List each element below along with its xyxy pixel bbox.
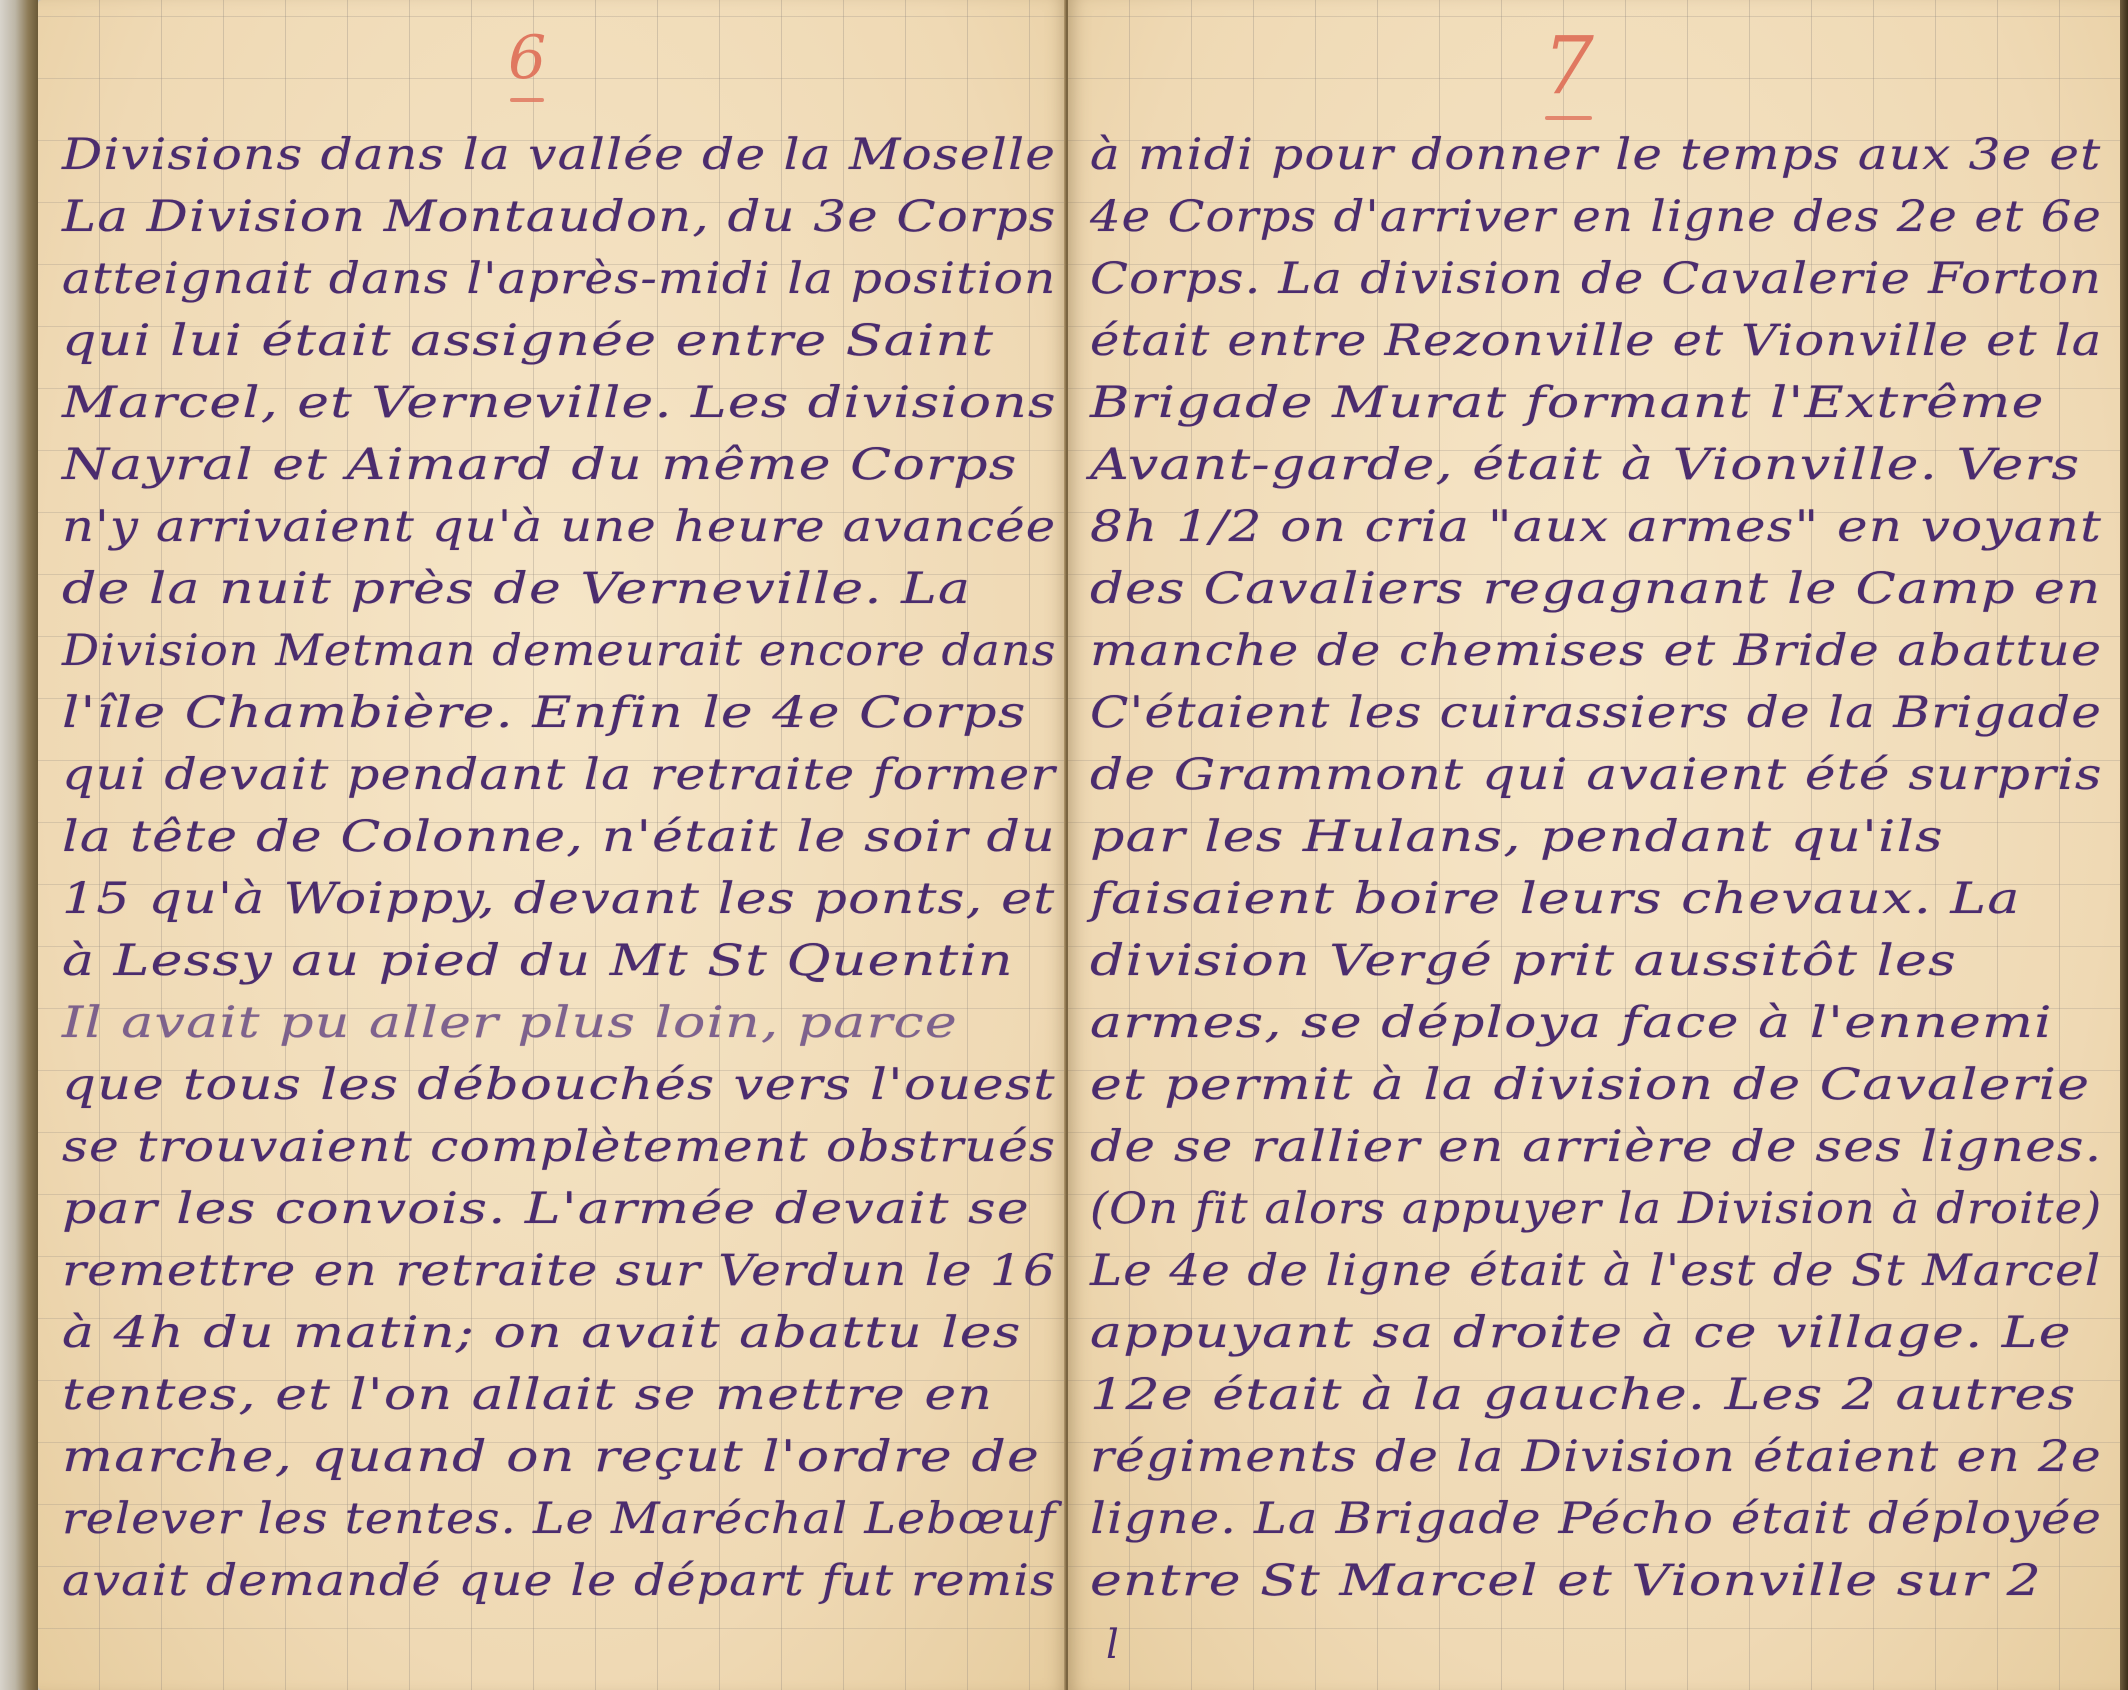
text-line: La Division Montaudon, du 3e Corps	[38, 184, 1062, 246]
text-line: se trouvaient complètement obstrués	[38, 1114, 1062, 1176]
text-line: et permit à la division de Cavalerie	[1068, 1052, 2110, 1114]
text-line: à Lessy au pied du Mt St Quentin	[38, 928, 1062, 990]
text-line: Division Metman demeurait encore dans	[38, 618, 1062, 680]
page-number-right: 7	[1543, 26, 1594, 106]
text-line: entre St Marcel et Vionville sur 2	[1068, 1548, 2110, 1610]
text-line: faisaient boire leurs chevaux. La	[1068, 866, 2110, 928]
text-line: à midi pour donner le temps aux 3e et	[1068, 122, 2110, 184]
text-line: par les convois. L'armée devait se	[38, 1176, 1062, 1238]
text-line: Le 4e de ligne était à l'est de St Marce…	[1068, 1238, 2110, 1300]
notebook-binding	[0, 0, 38, 1690]
text-line: de Grammont qui avaient été surpris	[1068, 742, 2110, 804]
text-line: de se rallier en arrière de ses lignes.	[1068, 1114, 2110, 1176]
text-line: des Cavaliers regagnant le Camp en	[1068, 556, 2110, 618]
text-line: C'étaient les cuirassiers de la Brigade	[1068, 680, 2110, 742]
text-line: qui lui était assignée entre Saint	[38, 308, 1062, 370]
text-line: manche de chemises et Bride abattue	[1068, 618, 2110, 680]
right-page-text: à midi pour donner le temps aux 3e et 4e…	[1068, 122, 2120, 1610]
text-line: régiments de la Division étaient en 2e	[1068, 1424, 2110, 1486]
page-number-left: 6	[508, 28, 546, 88]
right-page: 7 à midi pour donner le temps aux 3e et …	[1068, 0, 2120, 1690]
notebook-scan: 6 Divisions dans la vallée de la Moselle…	[0, 0, 2128, 1690]
text-line: Il avait pu aller plus loin, parce	[38, 990, 1062, 1052]
text-line: relever les tentes. Le Maréchal Lebœuf	[38, 1486, 1062, 1548]
text-line: remettre en retraite sur Verdun le 16	[38, 1238, 1062, 1300]
text-line: par les Hulans, pendant qu'ils	[1068, 804, 2110, 866]
text-line: tentes, et l'on allait se mettre en	[38, 1362, 1062, 1424]
text-line: Brigade Murat formant l'Extrême	[1068, 370, 2110, 432]
text-line: division Vergé prit aussitôt les	[1068, 928, 2110, 990]
text-line: n'y arrivaient qu'à une heure avancée	[38, 494, 1062, 556]
text-line: marche, quand on reçut l'ordre de	[38, 1424, 1062, 1486]
text-line: la tête de Colonne, n'était le soir du	[38, 804, 1062, 866]
text-line: 8h 1/2 on cria "aux armes" en voyant	[1068, 494, 2110, 556]
text-line: de la nuit près de Verneville. La	[38, 556, 1062, 618]
notebook-cover-edge	[2120, 0, 2128, 1690]
text-line: Corps. La division de Cavalerie Forton	[1068, 246, 2110, 308]
text-line: Divisions dans la vallée de la Moselle	[38, 122, 1062, 184]
text-line: à 4h du matin; on avait abattu les	[38, 1300, 1062, 1362]
left-page-text: Divisions dans la vallée de la Moselle L…	[38, 122, 1068, 1610]
text-line: l'île Chambière. Enfin le 4e Corps	[38, 680, 1062, 742]
text-line: (On fit alors appuyer la Division à droi…	[1068, 1176, 2110, 1238]
text-line: appuyant sa droite à ce village. Le	[1068, 1300, 2110, 1362]
left-page: 6 Divisions dans la vallée de la Moselle…	[38, 0, 1068, 1690]
text-line: était entre Rezonville et Vionville et l…	[1068, 308, 2110, 370]
text-line: 12e était à la gauche. Les 2 autres	[1068, 1362, 2110, 1424]
text-line: avait demandé que le départ fut remis	[38, 1548, 1062, 1610]
text-line: qui devait pendant la retraite former	[38, 742, 1062, 804]
text-line: armes, se déploya face à l'ennemi	[1068, 990, 2110, 1052]
text-line: que tous les débouchés vers l'ouest	[38, 1052, 1062, 1114]
text-line: 15 qu'à Woippy, devant les ponts, et	[38, 866, 1062, 928]
text-line: Marcel, et Verneville. Les divisions	[38, 370, 1062, 432]
text-line: Nayral et Aimard du même Corps	[38, 432, 1062, 494]
text-line: atteignait dans l'après-midi la position	[38, 246, 1062, 308]
text-line: ligne. La Brigade Pécho était déployée	[1068, 1486, 2110, 1548]
trailing-mark: l	[1106, 1622, 1119, 1668]
text-line: Avant-garde, était à Vionville. Vers	[1068, 432, 2110, 494]
text-line: 4e Corps d'arriver en ligne des 2e et 6e	[1068, 184, 2110, 246]
